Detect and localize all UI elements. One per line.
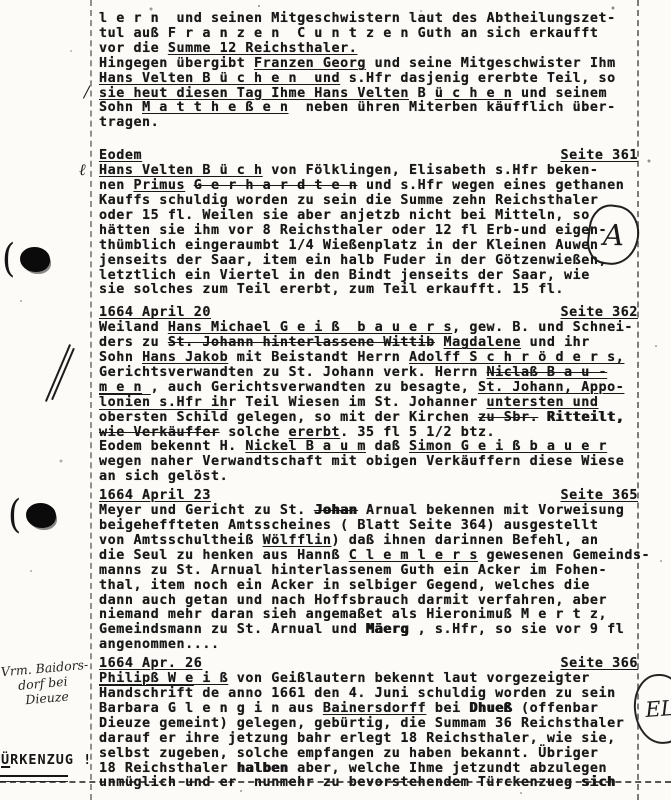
entry-line: lonien s.Hfr ihr Teil Wiesen im St. Joha…: [99, 396, 638, 411]
entry-line: oder 15 fl. Weilen sie aber anjetzb nich…: [99, 209, 638, 224]
text-segment: ) daß ihnen darinnen Befehl, an: [332, 533, 599, 548]
entry-line: Handschrift de anno 1661 den 4. Juni sch…: [99, 687, 638, 702]
text-segment: thümblich eingeraumbt 1/4 Wießenplatz in…: [99, 238, 599, 253]
text-segment: Simon G e i ß b a u e r: [409, 439, 607, 454]
text-segment: , auch Gerichtsverwandten zu besagte,: [142, 380, 478, 395]
text-segment: Sohn: [99, 350, 142, 365]
text-segment: Philipß W e i ß: [99, 671, 228, 686]
text-segment: selbst zugeben, solche empfangen zu habe…: [99, 746, 599, 761]
entry-line: Sohn Hans Jakob mit Beistandt Herrn Adol…: [99, 351, 638, 366]
text-segment: M a t t h e ß e n: [142, 100, 288, 115]
text-segment: gelegen, so mit der Kirchen: [228, 410, 478, 425]
text-segment: dann auch getan und nach Hoffsbrauch dar…: [99, 593, 607, 608]
text-segment: letztlich ein Viertel in den Bindt jense…: [99, 268, 590, 283]
entry-page-ref: Seite 366: [560, 657, 638, 672]
entry-line: Gemeindsmann zu St. Arnual und Mäerg , s…: [99, 623, 638, 638]
text-segment: gewesenen Gemeinds-: [478, 548, 650, 563]
text-segment: Hans Michael G e i ß b a u e r s: [168, 320, 452, 335]
entry-block: 1664 April 20Seite 362Weiland Hans Micha…: [99, 306, 638, 485]
entry-line: Barbara G l e n g i n aus Bainersdorff b…: [99, 702, 638, 717]
entry-line: die Seul zu henken aus Hannß C l e m l e…: [99, 549, 638, 564]
entry-date: 1664 April 23: [99, 489, 211, 504]
text-segment: Gerichtsverwandten zu St. Johann verk. H…: [99, 365, 487, 380]
tuerkenzug-rest: RKENZUG !: [10, 752, 92, 768]
text-segment: , s.Hfr, so sie vor 9 fl: [409, 622, 624, 637]
text-segment: Nickel B a u m: [245, 439, 366, 454]
text-segment: Franzen Georg: [254, 56, 366, 71]
entry-line: beigeheffteten Amtsscheines ( Blatt Seit…: [99, 519, 638, 534]
text-segment: Summe 12 Reichsthaler.: [168, 41, 357, 56]
text-segment: . 35 fl 5 1/2 btz.: [340, 425, 495, 440]
entry-date: 1664 April 20: [99, 306, 211, 321]
entry-line: darauf er ihre jetzung bahr erlegt 18 Re…: [99, 732, 638, 747]
text-segment: Dhueß: [469, 701, 512, 716]
bottom-rule: [0, 781, 671, 783]
text-segment: von Geißlautern bekennt laut vorgezeigte…: [228, 671, 590, 686]
text-segment: Mäerg: [366, 622, 409, 637]
text-segment: und seine Mitgeschwister Ihm: [366, 56, 616, 71]
text-segment: ererbt: [288, 425, 340, 440]
text-segment: 18 Reichsthaler: [99, 761, 237, 776]
entry-line: l e r n und seinen Mitgeschwistern laut …: [99, 12, 638, 27]
text-segment: hätten sie ihm vor 8 Reichsthaler oder 1…: [99, 223, 607, 238]
entry-block: EodemSeite 361Hans Velten B ü c h von Fö…: [99, 149, 638, 298]
entry-line: Hans Velten B ü c h von Fölklingen, Elis…: [99, 164, 638, 179]
text-segment: [538, 410, 547, 425]
text-segment: Johan: [314, 503, 357, 518]
ink-dot: [26, 503, 56, 528]
photocopy-noise: [0, 0, 2, 2]
text-segment: die Seul zu henken aus Hannß: [99, 548, 349, 563]
entry-line: thal, item noch ein Acker in selbiger Ge…: [99, 579, 638, 594]
text-segment: halben: [237, 761, 289, 776]
entry-line: selbst zugeben, solche empfangen zu habe…: [99, 747, 638, 762]
text-segment: Magdalene: [444, 335, 522, 350]
text-segment: beigeheffteten Amtsscheines ( Blatt Seit…: [99, 518, 599, 533]
entry-line: Weiland Hans Michael G e i ß b a u e r s…: [99, 321, 638, 336]
text-segment: l e r n und seinen Mitgeschwistern laut …: [99, 11, 616, 26]
margin-handwriting-note: Vrm. Baidors- dorf bei Dieuze: [0, 656, 102, 709]
circled-el-letters: EL: [645, 696, 671, 722]
text-segment: Arnual bekennen mit Vorweisung: [357, 503, 624, 518]
text-segment: Hans Velten B ü c h: [99, 163, 263, 178]
entry-line: Hans Velten B ü c h e n und s.Hfr dasjen…: [99, 72, 638, 87]
entry-line: vor die Summe 12 Reichsthaler.: [99, 42, 638, 57]
scan-page: l e r n und seinen Mitgeschwistern laut …: [0, 0, 671, 800]
entry-line: Meyer und Gericht zu St. Johan Arnual be…: [99, 504, 638, 519]
entry-line: an sich gelöst.: [99, 470, 638, 485]
text-segment: St. Johann hinterlassene Wittib: [168, 335, 435, 350]
entry-line: nen Primus G e r h a r d t e n und s.Hfr…: [99, 179, 638, 194]
entry-line: Philipß W e i ß von Geißlautern bekennt …: [99, 672, 638, 687]
entry-line: tragen.: [99, 116, 638, 131]
text-segment: wie Verkäuffer: [99, 425, 220, 440]
text-segment: angenommen....: [99, 637, 220, 652]
entry-line: tul auß F r a n z e n C u n t z e n Guth…: [99, 27, 638, 42]
entry-header: 1664 April 23Seite 365: [99, 489, 638, 504]
entry-header: 1664 April 20Seite 362: [99, 306, 638, 321]
text-segment: darauf er ihre jetzung bahr erlegt 18 Re…: [99, 731, 616, 746]
entry-line: hätten sie ihm vor 8 Reichsthaler oder 1…: [99, 224, 638, 239]
circled-a-letter: A: [603, 218, 625, 252]
text-segment: m e n: [99, 380, 142, 395]
margin-tick-2: ℓ: [79, 160, 86, 180]
text-segment: Kauffs schuldig worden zu sein die Summe…: [99, 193, 599, 208]
margin-ink-blob-2: (: [8, 498, 56, 532]
text-segment: vor die: [99, 41, 168, 56]
entry-block: 1664 Apr. 26Seite 366Philipß W e i ß von…: [99, 657, 638, 791]
text-segment: Dieuze gemeint) gelegen, gebürtig, die S…: [99, 716, 624, 731]
text-segment: Ritteilt,: [547, 410, 625, 425]
text-segment: Hans Velten B ü c h e n und: [99, 71, 340, 86]
text-segment: manns zu St. Arnual hinterlassenem Guth …: [99, 563, 607, 578]
entry-line: unmüglich und er nunmehr zu bevorstehend…: [99, 776, 638, 791]
text-segment: tragen.: [99, 115, 159, 130]
text-segment: nen: [99, 178, 133, 193]
margin-check-slashes: [47, 342, 77, 408]
entry-line: obersten Schild gelegen, so mit der Kirc…: [99, 411, 638, 426]
entry-page-ref: Seite 365: [560, 489, 638, 504]
text-segment: lonien: [99, 395, 151, 410]
text-segment: niemand mehr daran sieh angemaßet als Hi…: [99, 607, 607, 622]
text-segment: Meyer und Gericht zu St.: [99, 503, 314, 518]
entry-date: 1664 Apr. 26: [99, 657, 202, 672]
paren-mark: (: [2, 239, 15, 278]
entry-line: thümblich eingeraumbt 1/4 Wießenplatz in…: [99, 239, 638, 254]
text-segment: jenseits der Saar, item ein halb Fuder i…: [99, 253, 607, 268]
text-segment: von Fölklingen, Elisabeth s.Hfr beken-: [263, 163, 599, 178]
text-segment: sie heut diesen Tag Ihme Hans Velten: [99, 86, 409, 101]
entry-line: Sohn M a t t h e ß e n neben ühren Miter…: [99, 101, 638, 116]
tuerkenzug-first-letter: Ü: [1, 752, 10, 768]
text-segment: wegen naher Verwandtschaft mit obigen Ve…: [99, 454, 624, 469]
text-segment: Niclaß B a u -: [487, 365, 608, 380]
text-segment: aber, welche Ihme jetzundt abzulegen: [288, 761, 607, 776]
text-segment: Wölfflin: [263, 533, 332, 548]
text-segment: neben ühren Miterben käufflich über-: [288, 100, 615, 115]
margin-tuerkenzug-label: ÜRKENZUG !: [1, 752, 92, 768]
text-segment: sie solches zum Teil ererbt, zum Teil er…: [99, 282, 564, 297]
entry-date: Eodem: [99, 149, 142, 164]
text-segment: tul auß F r a n z e n C u n t z e n Guth…: [99, 26, 599, 41]
text-segment: s.Hfr dasjenig ererbte Teil, so: [340, 71, 616, 86]
text-segment: Eodem bekennt H.: [99, 439, 245, 454]
text-segment: B: [409, 86, 435, 101]
entry-line: jenseits der Saar, item ein halb Fuder i…: [99, 254, 638, 269]
entry-line: von Amtsschultheiß Wölfflin) daß ihnen d…: [99, 534, 638, 549]
text-segment: Sohn: [99, 100, 142, 115]
text-segment: und seinem: [512, 86, 607, 101]
text-segment: von Amtsschultheiß: [99, 533, 263, 548]
text-segment: St. Johann, Appo-: [478, 380, 624, 395]
text-segment: solche: [220, 425, 289, 440]
text-segment: Weiland: [99, 320, 168, 335]
text-segment: [435, 335, 444, 350]
entry-line: m e n , auch Gerichtsverwandten zu besag…: [99, 381, 638, 396]
text-segment: und s.Hfr wegen eines gethanen: [357, 178, 624, 193]
margin-ink-blob-1: (: [2, 242, 50, 276]
text-segment: bei: [426, 701, 469, 716]
text-segment: obersten Schild: [99, 410, 228, 425]
margin-tick-1: /: [84, 82, 89, 101]
text-segment: Handschrift: [99, 686, 194, 701]
text-segment: [185, 178, 194, 193]
text-segment: , gew. B. und Schnei-: [452, 320, 633, 335]
entry-page-ref: Seite 362: [560, 306, 638, 321]
text-segment: mit Beistandt Herrn: [228, 350, 409, 365]
text-segment: Barbara G l e n g i n aus: [99, 701, 323, 716]
entry-line: ders zu St. Johann hinterlassene Wittib …: [99, 336, 638, 351]
text-segment: Primus: [133, 178, 185, 193]
text-segment: untersten und: [487, 395, 599, 410]
ink-dot: [20, 247, 50, 272]
text-segment: an sich gelöst.: [99, 469, 228, 484]
text-segment: s.Hfr ihr Teil Wiesen im St. Johanner: [151, 395, 487, 410]
entry-line: Hingegen übergibt Franzen Georg und sein…: [99, 57, 638, 72]
text-segment: de anno 1661 den 4. Juni schuldig worden…: [194, 686, 616, 701]
text-segment: (offenbar: [512, 701, 598, 716]
text-segment: zu Sbr.: [478, 410, 538, 425]
entry-line: Dieuze gemeint) gelegen, gebürtig, die S…: [99, 717, 638, 732]
text-segment: Bainersdorff: [323, 701, 426, 716]
text-segment: thal, item noch ein Acker in selbiger Ge…: [99, 578, 590, 593]
text-segment: und ihr: [521, 335, 590, 350]
entry-line: sie solches zum Teil ererbt, zum Teil er…: [99, 283, 638, 298]
entry-block: l e r n und seinen Mitgeschwistern laut …: [99, 12, 638, 131]
text-segment: Hans Jakob: [142, 350, 228, 365]
entry-page-ref: Seite 361: [560, 149, 638, 164]
text-segment: Hingegen übergibt: [99, 56, 254, 71]
entry-line: angenommen....: [99, 638, 638, 653]
entry-line: Kauffs schuldig worden zu sein die Summe…: [99, 194, 638, 209]
entry-line: Gerichtsverwandten zu St. Johann verk. H…: [99, 366, 638, 381]
text-segment: Adolff S c h r ö d e r s,: [409, 350, 624, 365]
text-segment: Gemeindsmann zu St. Arnual und: [99, 622, 366, 637]
paren-mark: (: [8, 495, 21, 534]
text-segment: ders zu: [99, 335, 168, 350]
text-segment: G e r h a r d t e n: [194, 178, 358, 193]
entry-header: EodemSeite 361: [99, 149, 638, 164]
text-segment: C l e m l e r s: [349, 548, 478, 563]
entry-block: 1664 April 23Seite 365Meyer und Gericht …: [99, 489, 638, 653]
text-segment: daß: [366, 439, 409, 454]
entry-header: 1664 Apr. 26Seite 366: [99, 657, 638, 672]
text-column: l e r n und seinen Mitgeschwistern laut …: [99, 12, 638, 791]
entry-line: manns zu St. Arnual hinterlassenem Guth …: [99, 564, 638, 579]
text-segment: ü c h e n: [435, 86, 513, 101]
text-segment: oder 15 fl. Weilen sie aber anjetzb nich…: [99, 208, 590, 223]
